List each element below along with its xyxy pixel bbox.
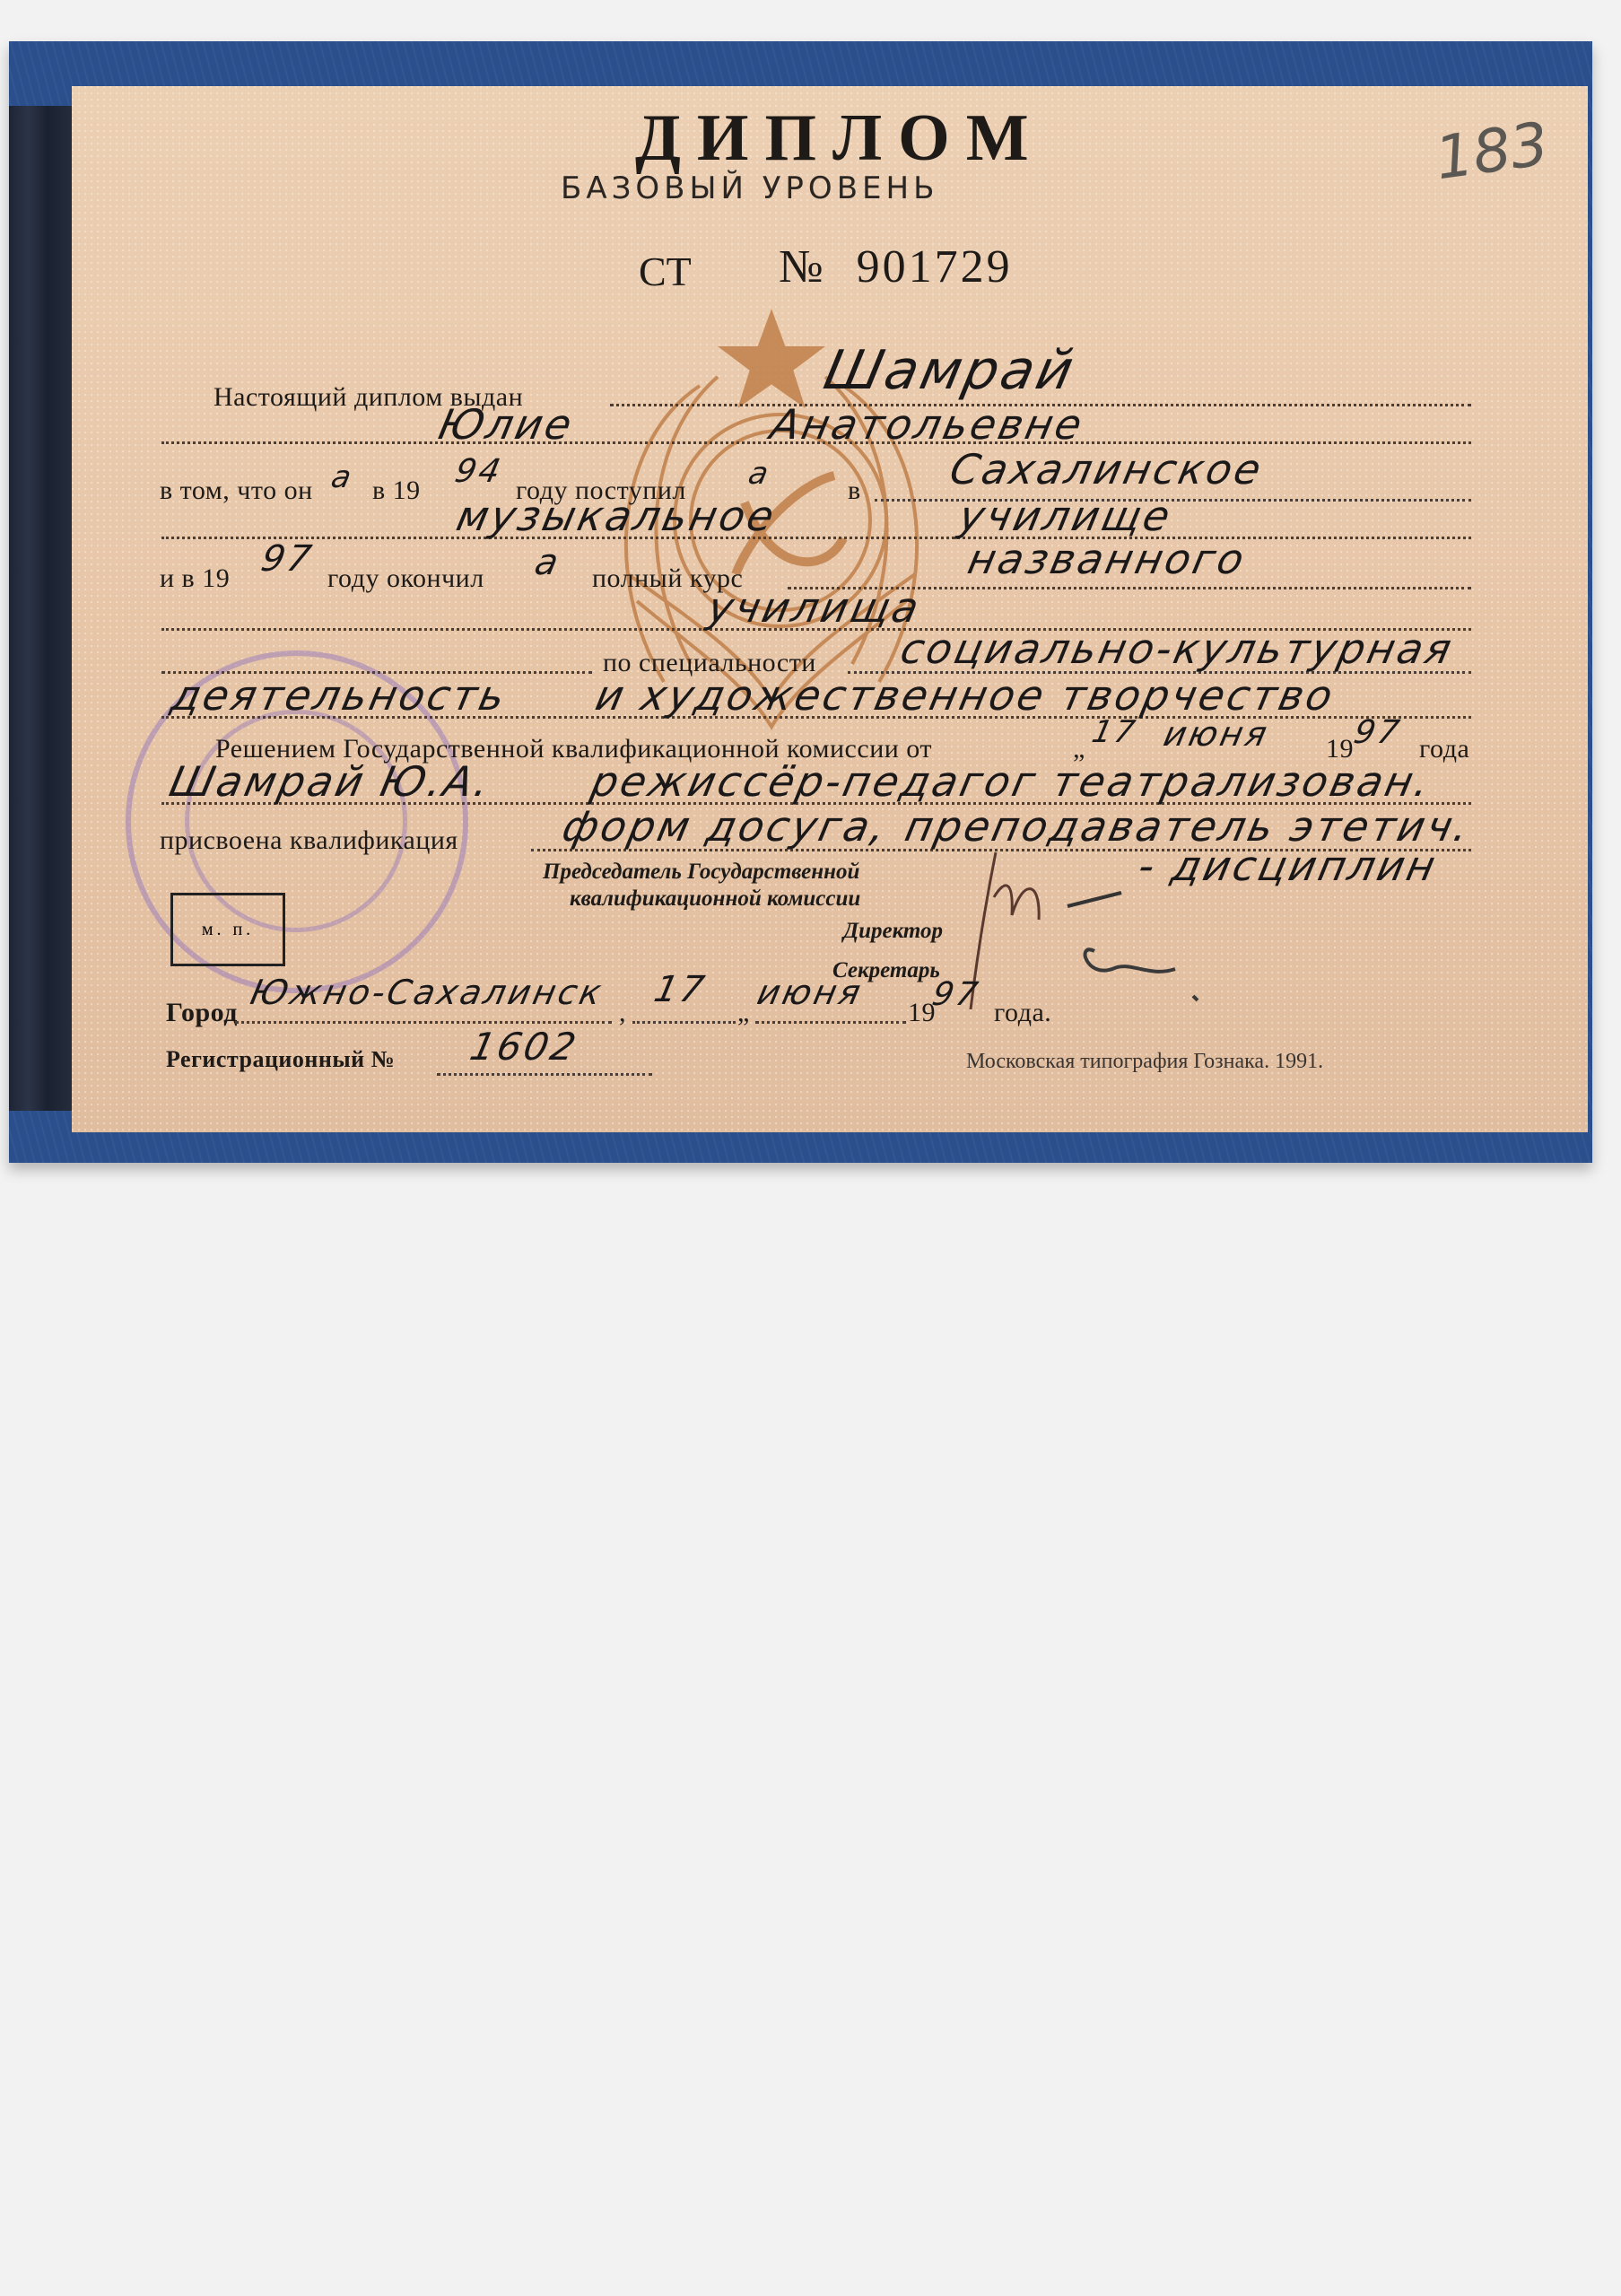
field-line-institution-2 (161, 537, 1471, 539)
hw-name: Юлие (434, 400, 579, 449)
hw-city-year: 97 (929, 976, 984, 1013)
label-in-that: в том, что он (160, 476, 313, 506)
label-in: в (848, 476, 861, 506)
field-line-city-day (632, 1021, 736, 1024)
hw-qualification-1a: Шамрай Ю.А. (165, 757, 496, 806)
hw-institution-1: Сахалинское (946, 445, 1268, 493)
hw-specialty-2a: деятельность (167, 671, 511, 720)
label-chairman-1: Председатель Государственной (543, 860, 859, 885)
field-line-registration (437, 1073, 652, 1076)
label-director: Директор (843, 919, 943, 944)
signature-chairman (969, 843, 1256, 1014)
hw-city-day: 17 (650, 969, 710, 1010)
hw-institution-2b: училище (954, 492, 1177, 540)
hw-decision-day: 17 (1089, 714, 1141, 750)
label-qualification: присвоена квалификация (160, 825, 458, 856)
hw-specialty-1: социально-культурная (896, 624, 1458, 673)
label-and-in-year: и в 19 (160, 563, 230, 594)
label-in-year: в 19 (372, 476, 421, 506)
hw-specialty-2b: и художественное творчество (591, 671, 1339, 720)
city-comma: , (619, 998, 626, 1028)
hw-city: Южно-Сахалинск (247, 973, 607, 1012)
label-city-year-word: года. (994, 998, 1051, 1028)
hw-decision-year: 97 (1351, 714, 1406, 751)
hw-course-2: училища (703, 583, 926, 632)
hw-decision-month: июня (1160, 714, 1273, 754)
number-value: 901729 (857, 241, 1013, 292)
diploma-spine (9, 106, 74, 1111)
field-line-city-month (755, 1021, 906, 1024)
seal-placeholder-box: м. п. (170, 893, 285, 966)
label-chairman-2: квалификационной комиссии (570, 886, 860, 912)
document-title: ДИПЛОМ (635, 100, 1045, 177)
label-city: Город (166, 998, 238, 1028)
hw-course-1: названного (963, 535, 1251, 583)
hw-qualification-1b: режиссёр-педагог театрализован. (587, 757, 1436, 806)
city-quote-open: „ (737, 998, 750, 1028)
hw-patronymic: Анатольевне (766, 400, 1088, 449)
number-sign: № (779, 241, 826, 292)
hw-institution-2a: музыкальное (452, 492, 780, 540)
diploma-number: № 901729 (779, 240, 1013, 293)
hw-qualification-2a: форм досуга, (558, 802, 893, 851)
seal-placeholder-label: м. п. (202, 920, 254, 940)
label-registration: Регистрационный № (166, 1046, 395, 1073)
field-line-city (235, 1021, 612, 1024)
hw-surname: Шамрай (819, 339, 1082, 402)
hw-registration-number: 1602 (466, 1025, 582, 1069)
hw-year-finished: 97 (257, 538, 318, 580)
series-code: СТ (639, 248, 692, 295)
hw-city-month: июня (754, 973, 867, 1012)
label-year-finished: году окончил (327, 563, 484, 594)
hw-year-entered: 94 (452, 453, 507, 490)
printer-imprint: Московская типография Гознака. 1991. (966, 1050, 1323, 1074)
document-subtitle: БАЗОВЫЙ УРОВЕНЬ (561, 170, 938, 206)
